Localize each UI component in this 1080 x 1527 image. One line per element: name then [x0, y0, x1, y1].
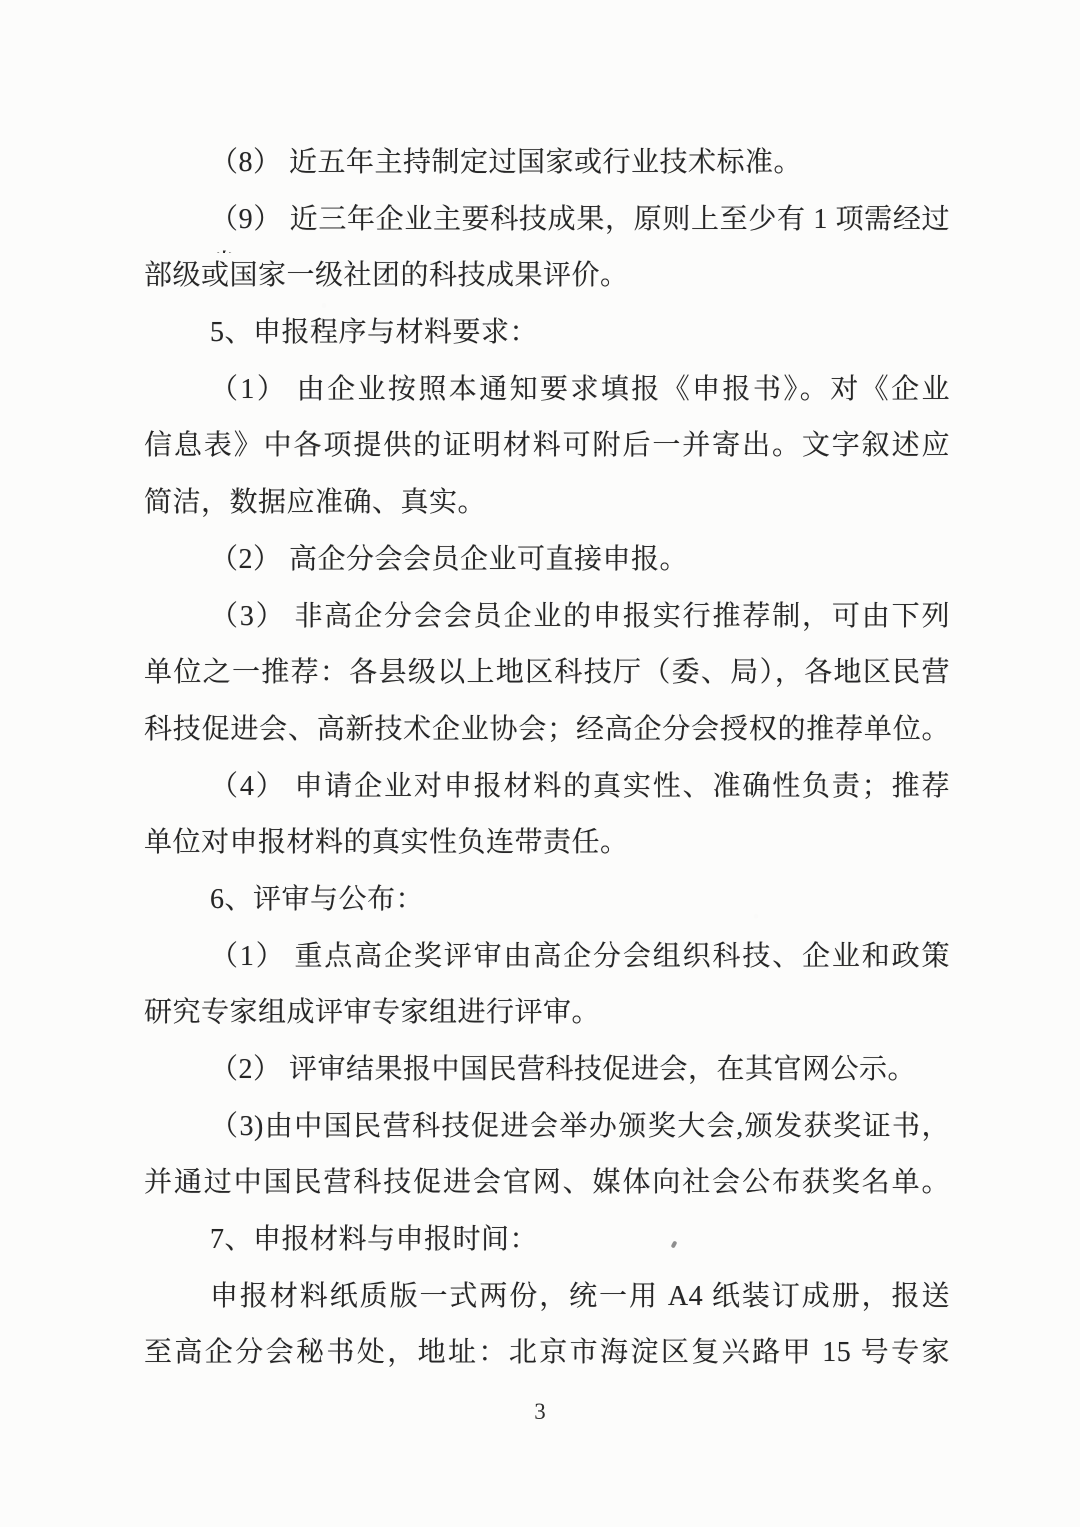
- text-line: （9） 近三年企业主要科技成果，原则上至少有 1 项需经过省: [144, 197, 950, 254]
- text-line: 科技促进会、高新技术企业协会；经高企分会授权的推荐单位。: [144, 707, 950, 764]
- text-line: 单位对申报材料的真实性负连带责任。: [144, 820, 950, 877]
- text-line: 信息表》中各项提供的证明材料可附后一并寄出。文字叙述应: [144, 423, 950, 480]
- text-line: 并通过中国民营科技促进会官网、媒体向社会公布获奖名单。: [144, 1160, 950, 1217]
- text-line: （8） 近五年主持制定过国家或行业技术标准。: [144, 140, 950, 197]
- scanned-document-page: （8） 近五年主持制定过国家或行业技术标准。 （9） 近三年企业主要科技成果，原…: [0, 0, 1080, 1527]
- text-line: 至高企分会秘书处，地址：北京市海淀区复兴路甲 15 号专家: [144, 1330, 950, 1387]
- text-line: （3)由中国民营科技促进会举办颁奖大会,颁发获奖证书，: [144, 1104, 950, 1161]
- text-line: （4） 申请企业对申报材料的真实性、准确性负责；推荐: [144, 764, 950, 821]
- section-heading: 5、申报程序与材料要求：: [144, 310, 950, 367]
- text-line: （2） 评审结果报中国民营科技促进会，在其官网公示。: [144, 1047, 950, 1104]
- text-line: （1） 由企业按照本通知要求填报《申报书》。对《企业: [144, 367, 950, 424]
- document-body: （8） 近五年主持制定过国家或行业技术标准。 （9） 近三年企业主要科技成果，原…: [144, 140, 950, 1387]
- text-line: 研究专家组成评审专家组进行评审。: [144, 990, 950, 1047]
- section-heading: 7、申报材料与申报时间：: [144, 1217, 950, 1274]
- text-line: 简洁，数据应准确、真实。: [144, 480, 950, 537]
- text-line: 部级或国家一级社团的科技成果评价。: [144, 253, 950, 310]
- text-line: （2） 高企分会会员企业可直接申报。: [144, 537, 950, 594]
- section-heading: 6、评审与公布：: [144, 877, 950, 934]
- text-line: （3） 非高企分会会员企业的申报实行推荐制，可由下列: [144, 594, 950, 651]
- page-number: 3: [0, 1398, 1080, 1426]
- text-line: （1） 重点高企奖评审由高企分会组织科技、企业和政策: [144, 934, 950, 991]
- text-line: 单位之一推荐：各县级以上地区科技厅（委、局），各地区民营: [144, 650, 950, 707]
- text-line: 申报材料纸质版一式两份，统一用 A4 纸装订成册，报送: [144, 1274, 950, 1331]
